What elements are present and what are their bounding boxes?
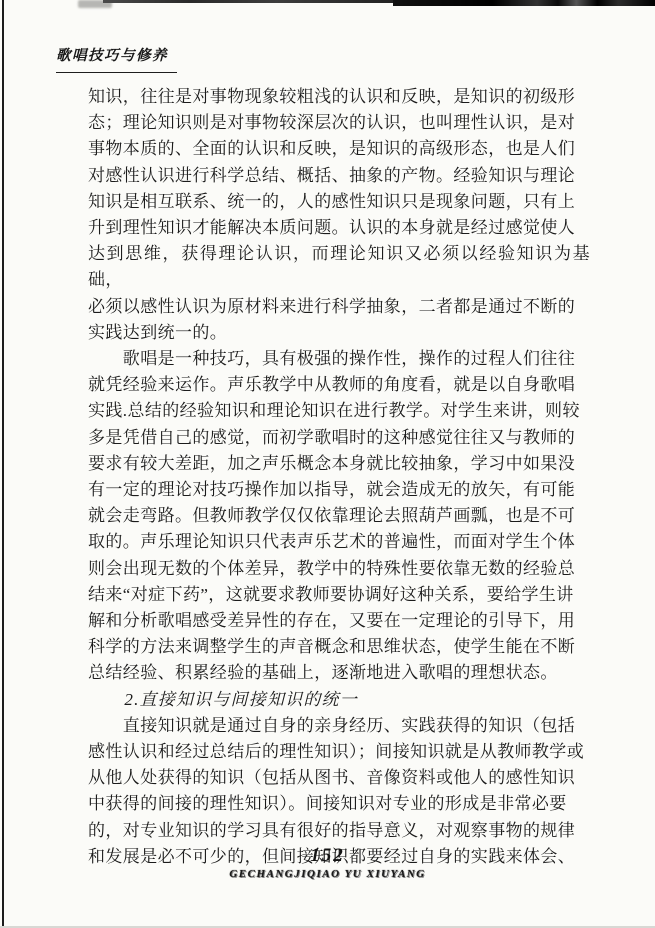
footer-pinyin-title: GECHANGJIQIAO YU XIUYANG	[0, 868, 655, 880]
page-number: 152	[0, 845, 655, 867]
scan-top-edge-thick	[393, 0, 655, 6]
body-text: 知识，往往是对事物现象较粗浅的认识和反映，是知识的初级形 态；理论知识则是对事物…	[88, 84, 590, 870]
running-header-title: 歌唱技巧与修养	[56, 44, 177, 73]
page-footer: 152 GECHANGJIQIAO YU XIUYANG	[0, 845, 655, 880]
section-heading-direct-indirect-knowledge: 2.直接知识与间接知识的统一	[88, 687, 590, 713]
paragraph-knowledge-theory: 知识，往往是对事物现象较粗浅的认识和反映，是知识的初级形 态；理论知识则是对事物…	[88, 84, 590, 346]
book-page: 歌唱技巧与修养 知识，往往是对事物现象较粗浅的认识和反映，是知识的初级形 态；理…	[0, 0, 655, 928]
paragraph-singing-skill: 歌唱是一种技巧，具有极强的操作性，操作的过程人们往往 就凭经验来运作。声乐教学中…	[88, 346, 590, 687]
scan-left-edge-line	[2, 0, 4, 928]
scan-top-edge-thin	[103, 0, 393, 3]
